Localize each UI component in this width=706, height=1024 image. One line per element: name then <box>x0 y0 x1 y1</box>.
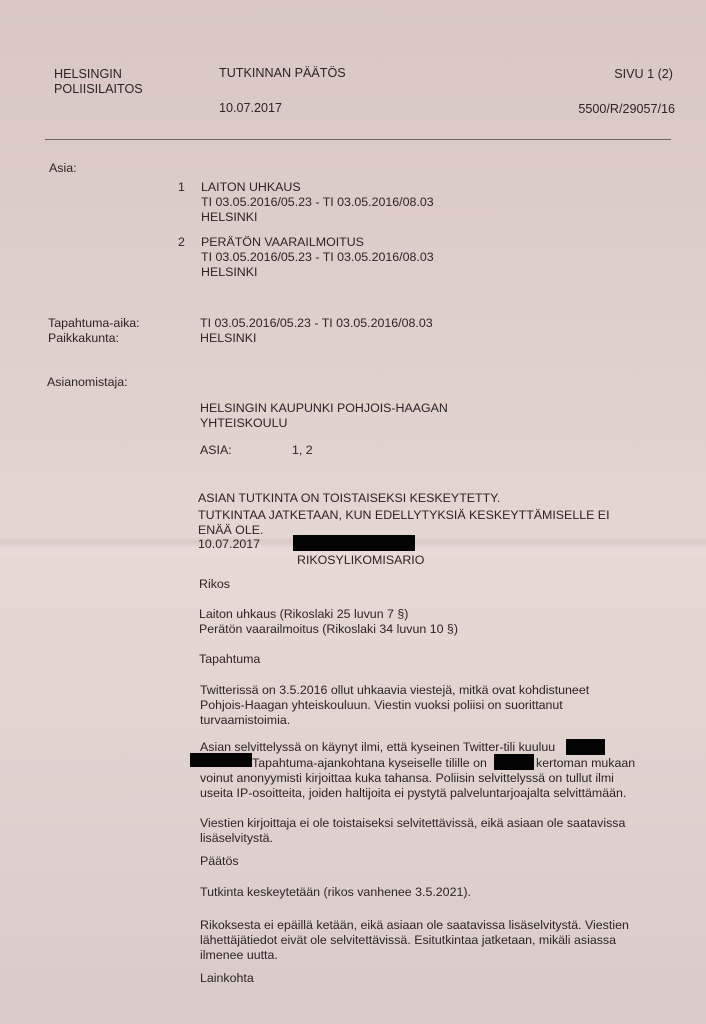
rikos-item: Perätön vaarailmoitus (Rikoslaki 34 luvu… <box>199 622 458 637</box>
paragraph-line: turvaamistoimia. <box>200 713 589 728</box>
account-owner-redaction <box>566 739 605 755</box>
document-title: TUTKINNAN PÄÄTÖS <box>219 66 346 81</box>
rikos-heading: Rikos <box>199 577 230 592</box>
tapahtuma-p2-line3: voinut anonyymisti kirjoittaa kuka tahan… <box>200 771 614 786</box>
tapahtuma-p2-line2a: Tapahtuma-ajankohtana kyseiselle tilille… <box>252 756 487 771</box>
tapahtuma-p2-line4: useita IP-osoitteita, joiden haltijoita … <box>200 786 626 801</box>
asia-item-place: HELSINKI <box>201 265 257 280</box>
event-place-value: HELSINKI <box>200 331 256 346</box>
asia-item-number: 2 <box>178 235 185 250</box>
case-number: 5500/R/29057/16 <box>578 102 675 117</box>
tapahtuma-heading: Tapahtuma <box>199 652 260 667</box>
paragraph-line: ilmenee uutta. <box>200 948 629 963</box>
signer-name-redaction <box>293 535 415 551</box>
document-page: HELSINGIN POLIISILAITOS TUTKINNAN PÄÄTÖS… <box>0 0 706 1024</box>
asia-item-period: TI 03.05.2016/05.23 - TI 03.05.2016/08.0… <box>201 195 434 210</box>
asia-item-number: 1 <box>178 180 185 195</box>
lainkohta-heading: Lainkohta <box>200 971 254 986</box>
asia-item-period: TI 03.05.2016/05.23 - TI 03.05.2016/08.0… <box>201 250 434 265</box>
complainant-name-line1: HELSINGIN KAUPUNKI POHJOIS-HAAGAN <box>200 401 448 416</box>
paragraph-line: Twitterissä on 3.5.2016 ollut uhkaavia v… <box>200 683 589 698</box>
complainant-asia-value: 1, 2 <box>292 443 313 458</box>
decision-notice-line3: ENÄÄ OLE. <box>198 523 263 538</box>
complainant-name-line2: YHTEISKOULU <box>200 416 287 431</box>
event-place-label: Paikkakunta: <box>48 331 119 346</box>
authority-name-line2: POLIISILAITOS <box>54 82 143 97</box>
rikos-item: Laiton uhkaus (Rikoslaki 25 luvun 7 §) <box>199 607 408 622</box>
paragraph-line: Viestien kirjoittaja ei ole toistaiseksi… <box>200 816 625 831</box>
tapahtuma-p2-line2b: kertoman mukaan <box>536 756 635 771</box>
paatos-paragraph-1: Tutkinta keskeytetään (rikos vanhenee 3.… <box>200 885 471 900</box>
event-time-label: Tapahtuma-aika: <box>48 316 140 331</box>
paragraph-line: lähettäjätiedot eivät ole selvitettäviss… <box>200 933 629 948</box>
authority-name-line1: HELSINGIN <box>54 67 122 82</box>
signer-title: RIKOSYLIKOMISARIO <box>297 553 424 568</box>
paragraph-line: lisäselvitystä. <box>200 831 625 846</box>
tapahtuma-p2-line1: Asian selvittelyssä on käynyt ilmi, että… <box>200 740 555 755</box>
document-date: 10.07.2017 <box>219 101 282 116</box>
asia-label: Asia: <box>49 161 77 176</box>
paatos-paragraph-2: Rikoksesta ei epäillä ketään, eikä asiaa… <box>200 918 629 963</box>
header-divider <box>45 139 671 140</box>
tapahtuma-paragraph-1: Twitterissä on 3.5.2016 ollut uhkaavia v… <box>200 683 589 728</box>
account-owner-redaction-cont <box>190 753 252 767</box>
decision-notice-line1: ASIAN TUTKINTA ON TOISTAISEKSI KESKEYTET… <box>198 491 500 506</box>
paragraph-line: Pohjois-Haagan yhteiskouluun. Viestin vu… <box>200 698 589 713</box>
page-number: SIVU 1 (2) <box>614 67 673 82</box>
paragraph-line: Rikoksesta ei epäillä ketään, eikä asiaa… <box>200 918 629 933</box>
asia-item-title: LAITON UHKAUS <box>201 180 301 195</box>
complainant-label: Asianomistaja: <box>47 375 128 390</box>
asia-item-place: HELSINKI <box>201 210 257 225</box>
decision-date: 10.07.2017 <box>198 537 260 552</box>
informant-redaction <box>494 754 534 770</box>
complainant-asia-label: ASIA: <box>200 443 232 458</box>
asia-item-title: PERÄTÖN VAARAILMOITUS <box>201 235 364 250</box>
paatos-heading: Päätös <box>200 854 239 869</box>
tapahtuma-paragraph-3: Viestien kirjoittaja ei ole toistaiseksi… <box>200 816 625 846</box>
decision-notice-line2: TUTKINTAA JATKETAAN, KUN EDELLYTYKSIÄ KE… <box>198 508 610 523</box>
event-time-value: TI 03.05.2016/05.23 - TI 03.05.2016/08.0… <box>200 316 433 331</box>
